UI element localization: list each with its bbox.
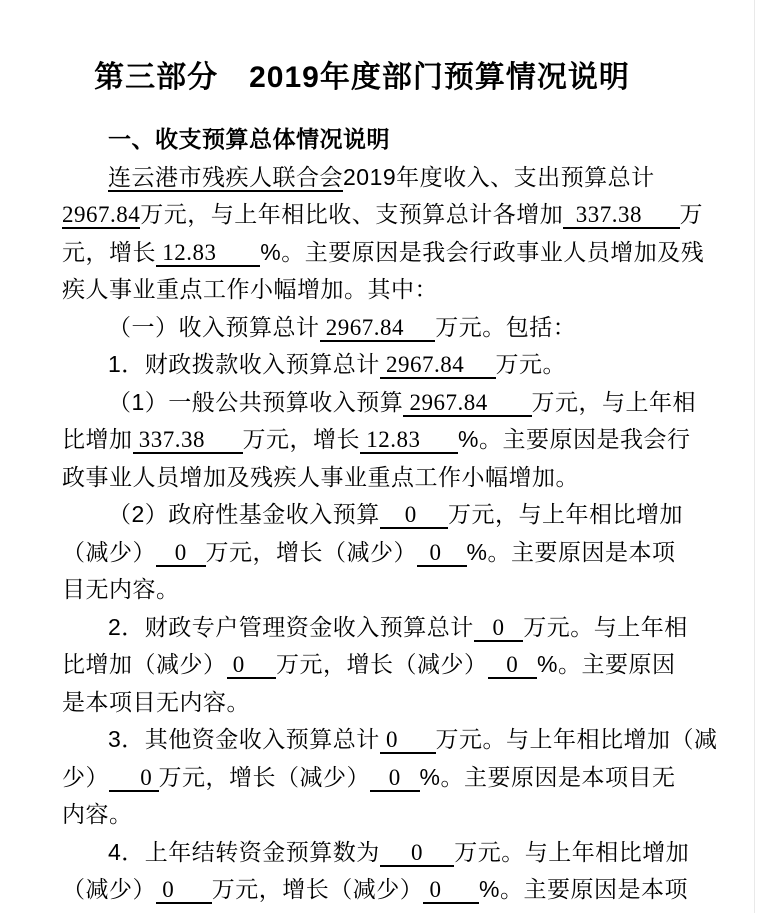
text-segment: %。主要原因是本项 — [467, 539, 676, 565]
document-title: 第三部分 2019年度部门预算情况说明 — [62, 52, 662, 121]
text-line: 疾人事业重点工作小幅增加。其中： — [62, 271, 662, 309]
text-segment: 万元。与上年相比增加 — [454, 839, 689, 865]
text-segment: 万 — [680, 201, 704, 227]
text-segment: %。主要原因 — [537, 651, 675, 677]
text-segment: 万元。与上年相 — [523, 614, 688, 640]
text-line: 少） 0 万元，增长（减少） 0 %。主要原因是本项目无 — [62, 759, 662, 797]
underlined-blank-value: 0 — [156, 877, 212, 904]
underlined-blank-value: 337.38 — [133, 427, 243, 454]
text-segment: （减少） — [62, 876, 156, 902]
text-line: 连云港市残疾人联合会2019年度收入、支出预算总计 — [62, 159, 662, 197]
text-segment: 万元。与上年相比增加（减 — [436, 726, 718, 752]
document-content: 第三部分 2019年度部门预算情况说明 一、收支预算总体情况说明连云港市残疾人联… — [62, 52, 662, 909]
text-segment: （1）一般公共预算收入预算 — [108, 389, 403, 415]
page-edge-divider — [754, 0, 755, 913]
text-line: 元，增长 12.83 %。主要原因是我会行政事业人员增加及残 — [62, 234, 662, 272]
underlined-blank-value: 连云港市残疾人联合会 — [108, 164, 343, 192]
text-segment: （减少） — [62, 539, 156, 565]
text-segment: 内容。 — [62, 801, 133, 827]
text-segment: （2）政府性基金收入预算 — [108, 501, 380, 527]
text-line: 比增加（减少） 0 万元，增长（减少） 0 %。主要原因 — [62, 646, 662, 684]
underlined-blank-value: 0 — [474, 615, 524, 642]
text-segment: %。主要原因是本项 — [479, 876, 688, 902]
underlined-blank-value: 0 — [380, 502, 448, 529]
text-segment: 万元，增长（减少） — [212, 876, 424, 902]
underlined-blank-value: 0 — [370, 765, 420, 792]
document-page: 第三部分 2019年度部门预算情况说明 一、收支预算总体情况说明连云港市残疾人联… — [0, 0, 769, 913]
text-line: （减少） 0 万元，增长（减少） 0 %。主要原因是本项 — [62, 871, 662, 909]
underlined-blank-value: 0 — [380, 727, 436, 754]
underlined-blank-value: 0 — [380, 840, 455, 867]
text-segment: 元，增长 — [62, 239, 156, 265]
text-segment: 1．财政拨款收入预算总计 — [108, 351, 380, 377]
underlined-blank-value: 0 — [417, 540, 467, 567]
text-line: （减少） 0 万元，增长（减少） 0 %。主要原因是本项 — [62, 534, 662, 572]
text-segment: 万元，增长（减少） — [206, 539, 418, 565]
text-segment: %。主要原因是我会行 — [458, 426, 690, 452]
text-line: 3．其他资金收入预算总计 0 万元。与上年相比增加（减 — [62, 721, 662, 759]
text-line: 比增加 337.38 万元，增长 12.83 %。主要原因是我会行 — [62, 421, 662, 459]
underlined-blank-value: 0 — [109, 765, 159, 792]
text-line: 是本项目无内容。 — [62, 684, 662, 722]
text-line: 目无内容。 — [62, 571, 662, 609]
text-line: 政事业人员增加及残疾人事业重点工作小幅增加。 — [62, 459, 662, 497]
text-segment: 万元，与上年相比收、支预算总计各增加 — [140, 201, 563, 227]
underlined-blank-value: 12.83 — [156, 240, 260, 267]
text-segment: 比增加 — [62, 426, 133, 452]
text-line: 内容。 — [62, 796, 662, 834]
underlined-blank-value: 2967.84 — [320, 315, 436, 342]
text-segment: 万元，与上年相比增加 — [448, 501, 683, 527]
text-segment: 是本项目无内容。 — [62, 689, 250, 715]
underlined-blank-value: 2967.84 — [403, 390, 531, 417]
text-line: 2967.84万元，与上年相比收、支预算总计各增加 337.38 万 — [62, 196, 662, 234]
underlined-blank-value: 2967.84 — [380, 352, 496, 379]
text-segment: 比增加（减少） — [62, 651, 227, 677]
text-segment: 万元，与上年相 — [532, 389, 697, 415]
underlined-blank-value: 0 — [156, 540, 206, 567]
underlined-blank-value: 0 — [488, 652, 538, 679]
text-segment: %。主要原因是本项目无 — [420, 764, 676, 790]
underlined-blank-value: 0 — [227, 652, 277, 679]
text-segment: 万元，增长 — [243, 426, 361, 452]
text-line: 一、收支预算总体情况说明 — [62, 121, 662, 159]
text-segment: 4．上年结转资金预算数为 — [108, 839, 380, 865]
text-line: （2）政府性基金收入预算 0 万元，与上年相比增加 — [62, 496, 662, 534]
text-line: （1）一般公共预算收入预算 2967.84 万元，与上年相 — [62, 384, 662, 422]
text-segment: 政事业人员增加及残疾人事业重点工作小幅增加。 — [62, 464, 579, 490]
underlined-blank-value: 12.83 — [360, 427, 458, 454]
text-segment: %。主要原因是我会行政事业人员增加及残 — [260, 239, 704, 265]
text-line: 4．上年结转资金预算数为 0 万元。与上年相比增加 — [62, 834, 662, 872]
text-segment: 2．财政专户管理资金收入预算总计 — [108, 614, 474, 640]
underlined-blank-value: 2967.84 — [62, 202, 140, 229]
text-segment: 3．其他资金收入预算总计 — [108, 726, 380, 752]
text-segment: 一、收支预算总体情况说明 — [108, 126, 390, 152]
underlined-blank-value: 337.38 — [563, 202, 679, 229]
text-line: （一）收入预算总计 2967.84 万元。包括： — [62, 309, 662, 347]
text-segment: 万元。 — [496, 351, 567, 377]
text-line: 2．财政专户管理资金收入预算总计 0 万元。与上年相 — [62, 609, 662, 647]
text-segment: （一）收入预算总计 — [108, 314, 320, 340]
text-line: 1．财政拨款收入预算总计 2967.84 万元。 — [62, 346, 662, 384]
text-segment: 少） — [62, 764, 109, 790]
text-segment: 万元。包括： — [435, 314, 576, 340]
text-segment: 2019年度收入、支出预算总计 — [343, 164, 655, 190]
text-segment: 疾人事业重点工作小幅增加。其中： — [62, 276, 438, 302]
text-segment: 目无内容。 — [62, 576, 180, 602]
document-body: 一、收支预算总体情况说明连云港市残疾人联合会2019年度收入、支出预算总计296… — [62, 121, 662, 909]
underlined-blank-value: 0 — [423, 877, 479, 904]
text-segment: 万元，增长（减少） — [276, 651, 488, 677]
text-segment: 万元，增长（减少） — [159, 764, 371, 790]
